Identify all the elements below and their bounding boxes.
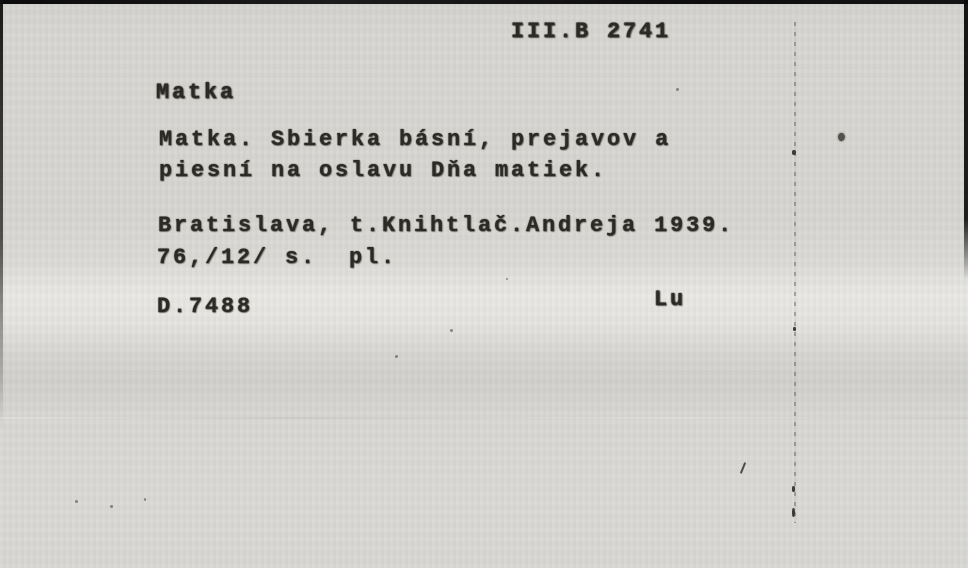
- scan-edge-top: [0, 0, 968, 4]
- imprint-line: Bratislava, t.Knihtlač.Andreja 1939.: [158, 215, 734, 237]
- scan-edge-left: [0, 0, 3, 430]
- card-fold-dotted-line: [794, 22, 796, 523]
- paper-texture: [0, 0, 968, 568]
- fold-line-dot: [792, 150, 796, 155]
- ink-speck: [395, 355, 398, 358]
- cataloger-mark: Lu: [654, 289, 686, 311]
- collation-line: 76,/12/ s. pl.: [157, 247, 397, 269]
- ink-speck: [110, 505, 113, 508]
- scan-edge-right: [964, 0, 968, 280]
- title-line-2: piesní na oslavu Dňa matiek.: [159, 160, 607, 182]
- ink-blot: [837, 132, 846, 142]
- ink-speck: [676, 88, 679, 91]
- call-number: III.B 2741: [511, 21, 671, 43]
- library-catalog-card-scan: III.B 2741 Matka Matka. Sbierka básní, p…: [0, 0, 968, 568]
- paper-seam-line: [0, 417, 968, 419]
- fold-line-dot: [792, 508, 795, 517]
- ink-speck: [506, 278, 508, 280]
- ink-speck: [75, 500, 78, 503]
- fold-line-dot: [792, 486, 795, 492]
- title-line-1: Matka. Sbierka básní, prejavov a: [159, 129, 671, 151]
- accession-number: D.7488: [157, 296, 253, 318]
- stray-slash-mark: [740, 462, 746, 474]
- fold-line-dot: [793, 327, 796, 331]
- ink-speck: [450, 329, 453, 332]
- ink-speck: [144, 498, 146, 501]
- entry-heading: Matka: [156, 82, 236, 104]
